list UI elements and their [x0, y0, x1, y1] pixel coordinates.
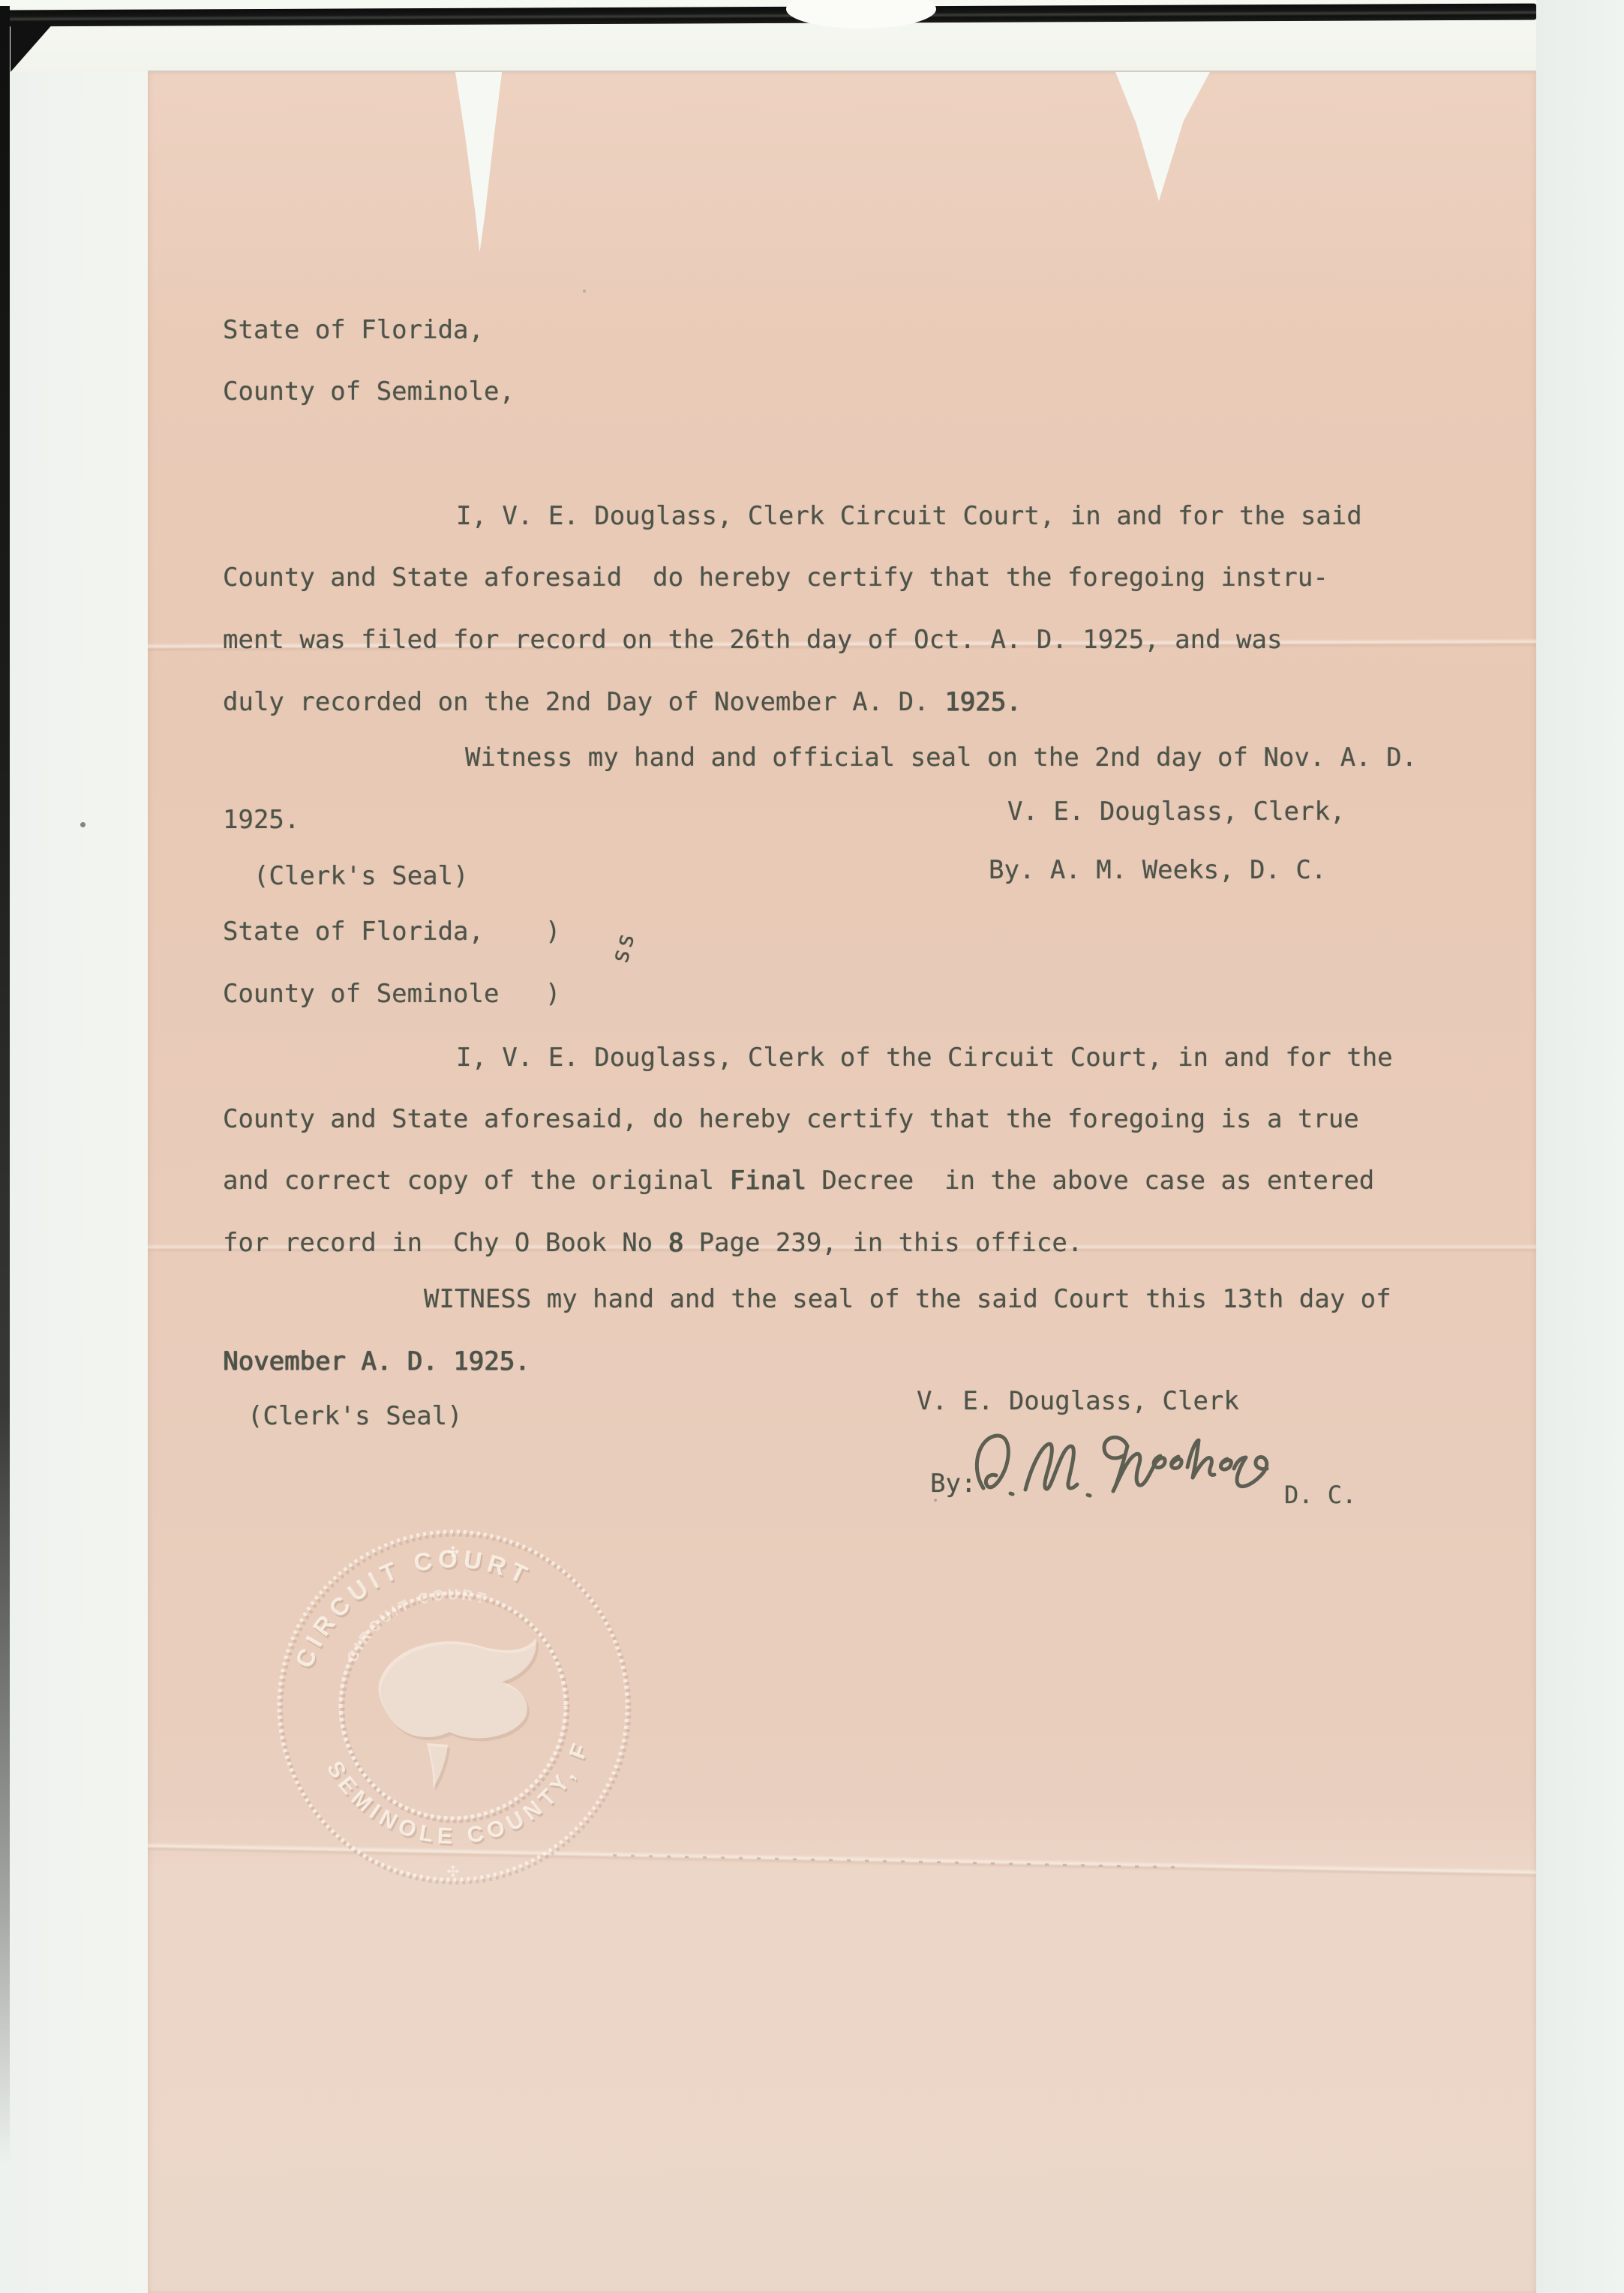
paragraph1-line2: County and State aforesaid do hereby cer… — [223, 563, 1328, 593]
paragraph2-line4-post: Page 239, in this office. — [683, 1228, 1082, 1258]
heading-county: County of Seminole, — [223, 377, 515, 407]
witness1-clerks-seal: (Clerk's Seal) — [254, 861, 469, 891]
paragraph1-line4: duly recorded on the 2nd Day of November… — [223, 687, 1021, 717]
witness2-signature-suffix: D. C. — [1284, 1481, 1356, 1509]
seal-star-top: ✣ — [447, 1540, 459, 1562]
witness2-clerks-seal: (Clerk's Seal) — [248, 1401, 463, 1431]
backing-mat-right — [1536, 0, 1624, 2293]
ink-speck — [934, 1499, 937, 1502]
witness2-date-line: November A. D. 1925. — [223, 1346, 530, 1376]
seal-star-bottom: ✣ — [447, 1859, 459, 1882]
backing-mat-left — [10, 72, 148, 2293]
paragraph1-line3: ment was filed for record on the 26th da… — [223, 625, 1282, 655]
document-page: State of Florida, County of Seminole, I,… — [148, 72, 1536, 2293]
paragraph2-line3-post: Decree in the above case as entered — [806, 1166, 1374, 1196]
venue-ss-abbreviation: ss — [605, 929, 641, 967]
paragraph2-line3-overstruck-word: Final — [730, 1166, 806, 1196]
venue-state-line: State of Florida, ) — [223, 917, 560, 947]
heading-state: State of Florida, — [223, 315, 484, 345]
paragraph2-line2: County and State aforesaid, do hereby ce… — [223, 1104, 1359, 1134]
witness1-signature-name: V. E. Douglass, Clerk, — [1007, 797, 1345, 827]
venue-county-line: County of Seminole ) — [223, 979, 560, 1009]
paragraph1-line4-year: 1925. — [944, 687, 1021, 717]
paragraph2-line4: for record in Chy O Book No 8 Page 239, … — [223, 1228, 1082, 1258]
witness2-signature-name: V. E. Douglass, Clerk — [917, 1386, 1239, 1416]
witness2-line1: WITNESS my hand and the seal of the said… — [424, 1284, 1391, 1314]
paragraph2-line1: I, V. E. Douglass, Clerk of the Circuit … — [456, 1043, 1393, 1073]
handwritten-signature-a-m-weeks — [965, 1422, 1288, 1520]
paragraph1-line4-text: duly recorded on the 2nd Day of November… — [223, 687, 944, 717]
scanned-document-photo: State of Florida, County of Seminole, I,… — [0, 0, 1624, 2293]
frame-edge-left — [0, 6, 10, 2166]
seal-center-emblem — [379, 1638, 539, 1791]
witness1-year: 1925. — [223, 805, 299, 835]
witness1-signature-by: By. A. M. Weeks, D. C. — [989, 855, 1326, 885]
paragraph2-line3: and correct copy of the original Final D… — [223, 1166, 1374, 1196]
torn-notch-left — [451, 72, 506, 252]
paragraph1-line1: I, V. E. Douglass, Clerk Circuit Court, … — [456, 501, 1362, 531]
embossed-circuit-court-seal: CIRCUIT COURT SEMINOLE COUNTY, FLORIDA C… — [269, 1518, 637, 1893]
ink-speck — [583, 290, 586, 293]
ink-speck — [80, 822, 86, 827]
paragraph2-line4-pre: for record in Chy O Book No — [223, 1228, 668, 1258]
torn-notch-right — [1115, 72, 1210, 201]
paragraph2-line4-book-number: 8 — [668, 1228, 683, 1258]
paragraph2-line3-pre: and correct copy of the original — [223, 1166, 730, 1196]
witness1-line1: Witness my hand and official seal on the… — [465, 743, 1417, 773]
